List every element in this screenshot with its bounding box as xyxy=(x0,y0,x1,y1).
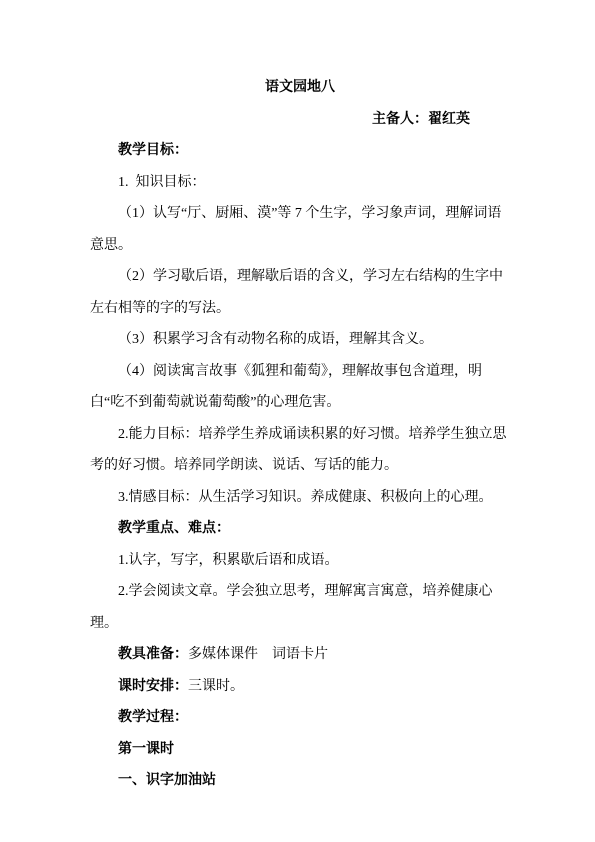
process-heading: 教学过程： xyxy=(90,702,510,734)
knowledge-item-3: （3）积累学习含有动物名称的成语，理解其含义。 xyxy=(90,324,510,356)
knowledge-item-4: （4）阅读寓言故事《狐狸和葡萄》，理解故事包含道理，明白“吃不到葡萄就说葡萄酸”… xyxy=(90,356,510,419)
key-point-2: 2.学会阅读文章。学会独立思考，理解寓言寓意，培养健康心理。 xyxy=(90,576,510,639)
section-one-heading: 一、识字加油站 xyxy=(90,765,510,797)
byline-author: 主备人：翟红英 xyxy=(90,104,510,136)
ability-goal: 2.能力目标：培养学生养成诵读积累的好习惯。培养学生独立思考的好习惯。培养同学朗… xyxy=(90,419,510,482)
knowledge-item-1: （1）认写“厅、厨厢、漠”等 7 个生字，学习象声词，理解词语意思。 xyxy=(90,198,510,261)
schedule-label: 课时安排： xyxy=(118,679,188,694)
knowledge-goal-heading: 1. 知识目标： xyxy=(90,167,510,199)
schedule-line: 课时安排：三课时。 xyxy=(90,671,510,703)
emotion-goal: 3.情感目标：从生活学习知识。养成健康、积极向上的心理。 xyxy=(90,482,510,514)
teaching-aids-label: 教具准备： xyxy=(118,647,188,662)
schedule-content: 三课时。 xyxy=(188,679,244,694)
document-page: 语文园地八 主备人：翟红英 教学目标： 1. 知识目标： （1）认写“厅、厨厢、… xyxy=(0,0,595,842)
teaching-aids-line: 教具准备：多媒体课件 词语卡片 xyxy=(90,639,510,671)
knowledge-item-2: （2）学习歇后语，理解歇后语的含义，学习左右结构的生字中左右相等的字的写法。 xyxy=(90,261,510,324)
key-point-1: 1.认字，写字，积累歇后语和成语。 xyxy=(90,545,510,577)
lesson-one-heading: 第一课时 xyxy=(90,734,510,766)
objectives-heading: 教学目标： xyxy=(90,135,510,167)
teaching-aids-content: 多媒体课件 词语卡片 xyxy=(188,647,328,662)
document-title: 语文园地八 xyxy=(90,72,510,104)
key-points-heading: 教学重点、难点： xyxy=(90,513,510,545)
